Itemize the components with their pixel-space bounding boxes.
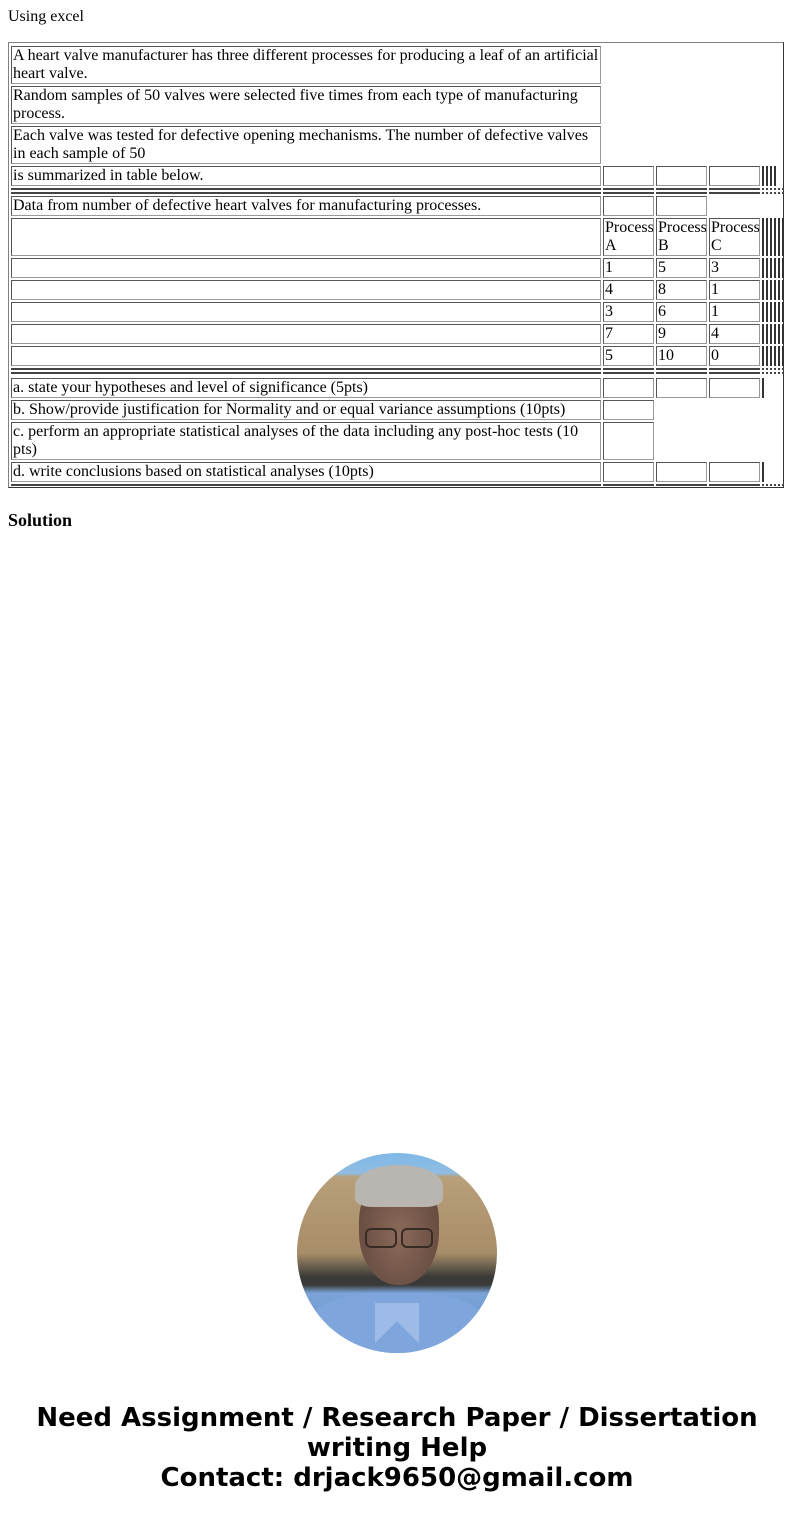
empty-cell bbox=[656, 166, 707, 186]
collapsed-columns bbox=[762, 166, 776, 186]
empty-cell bbox=[11, 258, 601, 278]
promo-banner: Need Assignment / Research Paper / Disse… bbox=[0, 1403, 794, 1493]
table-cell: 10 bbox=[656, 346, 707, 366]
table-cell: 1 bbox=[709, 302, 760, 322]
table-cell: 4 bbox=[603, 280, 654, 300]
row-separator bbox=[709, 368, 760, 374]
promo-line-2: Contact: drjack9650@gmail.com bbox=[0, 1463, 794, 1493]
row-separator bbox=[603, 484, 654, 488]
row-separator bbox=[603, 368, 654, 374]
question-a: a. state your hypotheses and level of si… bbox=[11, 378, 601, 398]
empty-cell bbox=[603, 378, 654, 398]
table-cell: 8 bbox=[656, 280, 707, 300]
table-cell: 5 bbox=[656, 258, 707, 278]
header-process-c: Process C bbox=[709, 218, 760, 256]
problem-row-1: A heart valve manufacturer has three dif… bbox=[11, 46, 601, 84]
problem-row-2: Random samples of 50 valves were selecte… bbox=[11, 86, 601, 124]
empty-cell bbox=[11, 218, 601, 256]
collapsed-columns bbox=[762, 280, 784, 300]
empty-cell bbox=[11, 302, 601, 322]
table-cell: 1 bbox=[603, 258, 654, 278]
hair-shape bbox=[355, 1165, 443, 1207]
table-cell: 5 bbox=[603, 346, 654, 366]
empty-cell bbox=[709, 462, 760, 482]
glasses-shape bbox=[365, 1228, 433, 1246]
row-separator bbox=[656, 484, 707, 488]
row-separator bbox=[603, 188, 654, 194]
question-b: b. Show/provide justification for Normal… bbox=[11, 400, 601, 420]
row-separator bbox=[656, 368, 707, 374]
table-cell: 3 bbox=[603, 302, 654, 322]
table-cell: 1 bbox=[709, 280, 760, 300]
empty-cell bbox=[603, 400, 654, 420]
author-avatar bbox=[297, 1153, 497, 1353]
header-process-a: Process A bbox=[603, 218, 654, 256]
collapsed-columns bbox=[762, 462, 764, 482]
problem-row-3: Each valve was tested for defective open… bbox=[11, 126, 601, 164]
row-separator bbox=[11, 188, 601, 194]
row-separator bbox=[656, 188, 707, 194]
row-separator bbox=[709, 484, 760, 488]
row-separator bbox=[762, 372, 784, 374]
row-separator bbox=[11, 484, 601, 488]
question-c: c. perform an appropriate statistical an… bbox=[11, 422, 601, 460]
collapsed-columns bbox=[762, 378, 764, 398]
solution-heading: Solution bbox=[8, 509, 72, 531]
question-d: d. write conclusions based on statistica… bbox=[11, 462, 601, 482]
table-cell: 4 bbox=[709, 324, 760, 344]
empty-cell bbox=[656, 196, 707, 216]
row-separator bbox=[11, 368, 601, 374]
empty-cell bbox=[11, 280, 601, 300]
promo-line-1: Need Assignment / Research Paper / Disse… bbox=[0, 1403, 794, 1463]
empty-cell bbox=[603, 166, 654, 186]
empty-cell bbox=[603, 196, 654, 216]
collapsed-columns bbox=[762, 324, 784, 344]
row-separator bbox=[709, 188, 760, 194]
table-cell: 0 bbox=[709, 346, 760, 366]
empty-cell bbox=[603, 422, 654, 460]
table-cell: 9 bbox=[656, 324, 707, 344]
data-caption: Data from number of defective heart valv… bbox=[11, 196, 601, 216]
empty-cell bbox=[11, 346, 601, 366]
collapsed-columns bbox=[762, 302, 784, 322]
table-cell: 7 bbox=[603, 324, 654, 344]
empty-cell bbox=[656, 462, 707, 482]
row-separator bbox=[762, 188, 784, 190]
problem-table: A heart valve manufacturer has three dif… bbox=[8, 42, 784, 488]
collapsed-columns bbox=[762, 218, 784, 256]
empty-cell bbox=[603, 462, 654, 482]
table-cell: 6 bbox=[656, 302, 707, 322]
row-separator bbox=[762, 192, 784, 194]
problem-row-4: is summarized in table below. bbox=[11, 166, 601, 186]
empty-cell bbox=[709, 166, 760, 186]
empty-cell bbox=[656, 378, 707, 398]
table-cell: 3 bbox=[709, 258, 760, 278]
header-process-b: Process B bbox=[656, 218, 707, 256]
empty-cell bbox=[709, 378, 760, 398]
collar-shape bbox=[375, 1303, 419, 1343]
row-separator bbox=[762, 484, 784, 486]
collapsed-columns bbox=[762, 346, 784, 366]
row-separator bbox=[762, 368, 784, 370]
collapsed-columns bbox=[762, 258, 784, 278]
intro-text: Using excel bbox=[8, 7, 84, 26]
empty-cell bbox=[11, 324, 601, 344]
